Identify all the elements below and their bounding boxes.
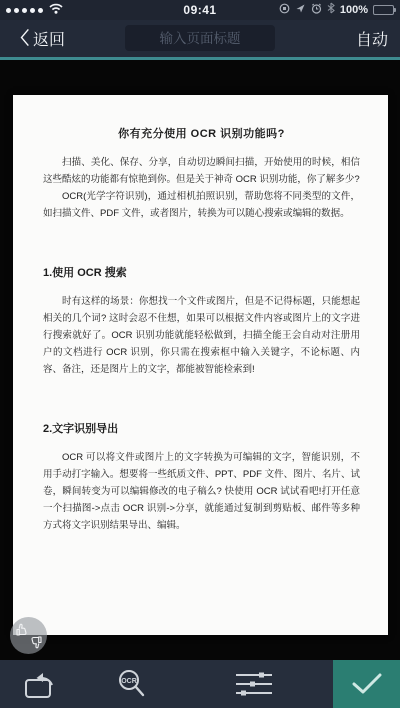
status-bar: 09:41 100%	[0, 0, 400, 20]
back-button[interactable]: 〈 返回	[12, 27, 65, 50]
nav-bar: 〈 返回 自动	[0, 20, 400, 57]
back-label: 返回	[33, 27, 65, 50]
rotate-left-button[interactable]	[10, 660, 70, 708]
bottom-toolbar: OCR	[0, 660, 400, 708]
adjustments-button[interactable]	[222, 660, 286, 708]
document-paragraph: 扫描、美化、保存、分享，自动切边瞬间扫描，开始使用的时候，相信这些酷炫的功能都有…	[43, 154, 360, 188]
document-paragraph: OCR 可以将文件或图片上的文字转换为可编辑的文字，智能识别，不用手动打字输入。…	[43, 449, 360, 534]
auto-enhance-button[interactable]: 自动	[356, 27, 388, 50]
svg-text:OCR: OCR	[121, 678, 137, 685]
document-paragraph: OCR(光学字符识别)，通过相机拍照识别，帮助您将不同类型的文件，如扫描文件、P…	[43, 188, 360, 222]
thumbs-down-icon	[28, 635, 43, 650]
back-chevron-icon: 〈	[12, 30, 29, 47]
document-paragraph: 时有这样的场景：你想找一个文件或图片，但是不记得标题，只能想起相关的几个词? 这…	[43, 293, 360, 378]
feedback-badge[interactable]	[10, 617, 47, 654]
section-heading: 2.文字识别导出	[43, 420, 360, 436]
status-time: 09:41	[0, 3, 400, 17]
scanned-page: 你有充分使用 OCR 识别功能吗? 扫描、美化、保存、分享，自动切边瞬间扫描，开…	[13, 95, 388, 635]
document-viewport: 你有充分使用 OCR 识别功能吗? 扫描、美化、保存、分享，自动切边瞬间扫描，开…	[0, 60, 400, 660]
confirm-button[interactable]	[333, 660, 400, 708]
check-icon	[350, 671, 384, 697]
ocr-button[interactable]: OCR	[100, 660, 164, 708]
ocr-magnifier-icon: OCR	[115, 667, 149, 701]
section-heading: 1.使用 OCR 搜索	[43, 264, 360, 280]
sliders-icon	[234, 669, 274, 699]
teal-divider	[0, 57, 400, 60]
battery-icon	[373, 5, 394, 15]
document-title: 你有充分使用 OCR 识别功能吗?	[43, 125, 360, 141]
page-title-input[interactable]	[125, 25, 275, 51]
rotate-left-icon	[21, 668, 59, 700]
